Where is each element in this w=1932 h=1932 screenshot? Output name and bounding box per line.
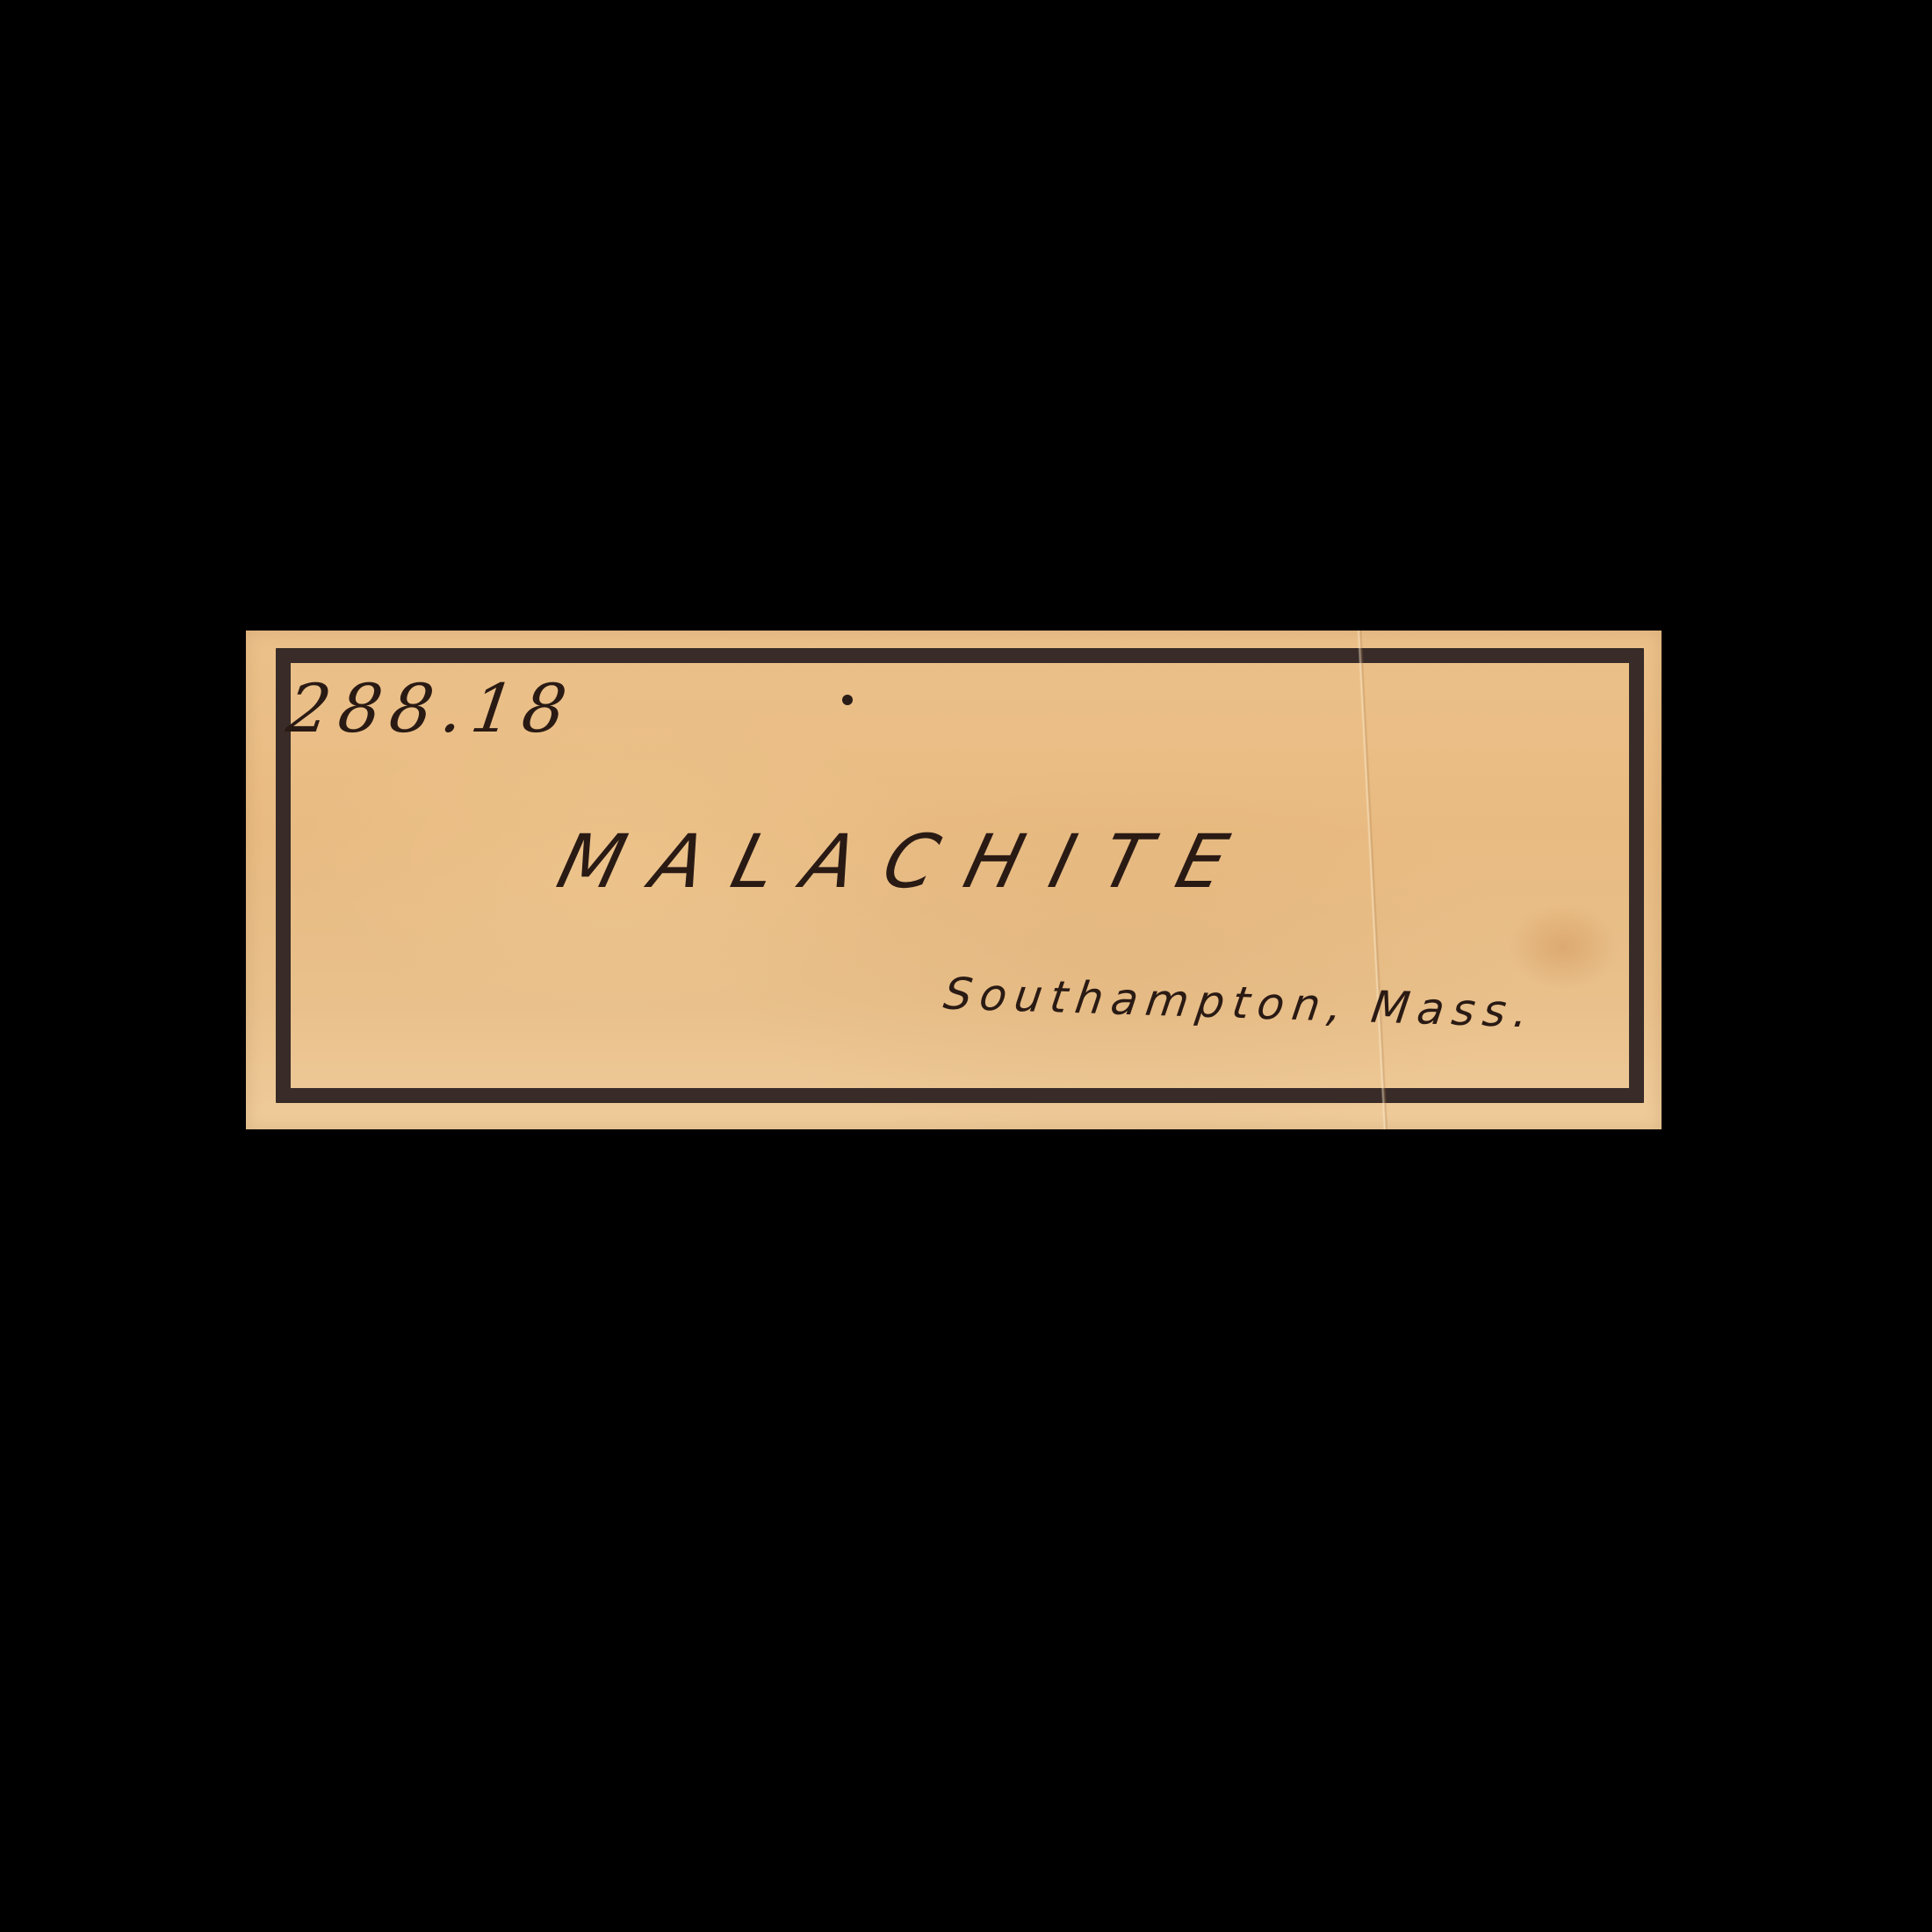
specimen-label: 288.18 MALACHITE Southampton, Mass. xyxy=(246,631,1662,1129)
ink-speck xyxy=(842,695,853,705)
mineral-name: MALACHITE xyxy=(550,818,1266,905)
catalog-number: 288.18 xyxy=(283,669,580,747)
